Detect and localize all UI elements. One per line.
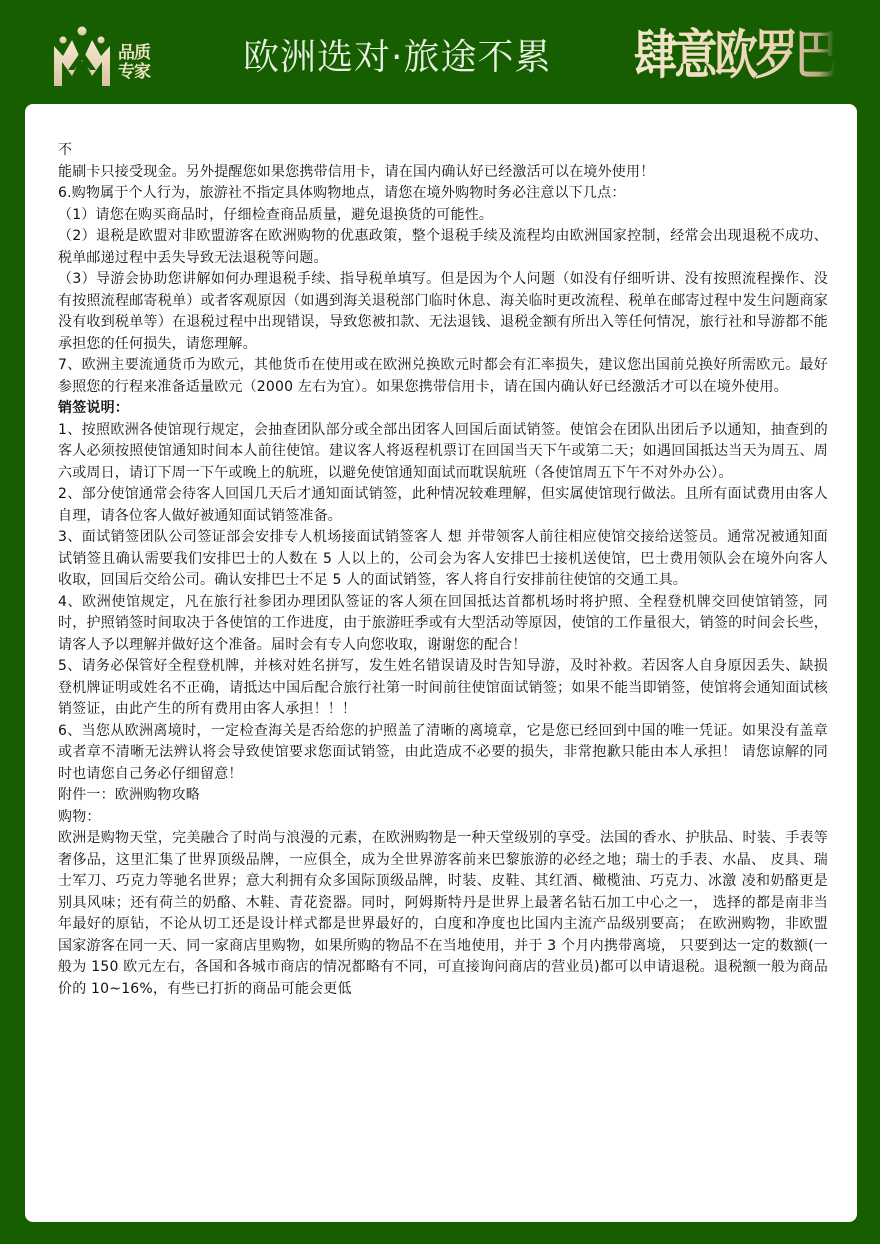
- paragraph: 6.购物属于个人行为，旅游社不指定具体购物地点，请您在境外购物时务必注意以下几点…: [58, 183, 828, 205]
- logo-line-1: 品质: [118, 44, 150, 63]
- paragraph: 7、欧洲主要流通货币为欧元，其他货币在使用或在欧洲兑换欧元时都会有汇率损失，建议…: [58, 355, 828, 398]
- paragraph: （3）导游会协助您讲解如何办理退税手续、指导税单填写。但是因为个人问题（如没有仔…: [58, 269, 828, 355]
- paragraph: 能刷卡只接受现金。另外提醒您如果您携带信用卡，请在国内确认好已经激活可以在境外使…: [58, 162, 828, 184]
- crown-icon: [50, 26, 120, 88]
- brand-title: 肆意欧罗巴: [634, 26, 835, 86]
- logo-line-2: 专家: [118, 63, 150, 82]
- paragraph: 6、当您从欧洲离境时，一定检查海关是否给您的护照盖了清晰的离境章，它是您已经回到…: [58, 721, 828, 786]
- paragraph: 3、面试销签团队公司签证部会安排专人机场接面试销签客人 想 并带领客人前往相应使…: [58, 527, 828, 592]
- page-header: 品质 专家 欧洲选对·旅途不累 肆意欧罗巴: [0, 0, 880, 104]
- brand-logo: 品质 专家: [50, 26, 180, 88]
- paragraph: 不: [58, 140, 828, 162]
- paragraph: （1）请您在购买商品时，仔细检查商品质量，避免退换货的可能性。: [58, 205, 828, 227]
- paragraph: 购物：: [58, 807, 828, 829]
- paragraph: 4、欧洲使馆规定，凡在旅行社参团办理团队签证的客人须在回国抵达首都机场时将护照、…: [58, 592, 828, 657]
- logo-text: 品质 专家: [118, 44, 150, 82]
- slogan: 欧洲选对·旅途不累: [243, 36, 551, 80]
- paragraph: 欧洲是购物天堂，完美融合了时尚与浪漫的元素，在欧洲购物是一种天堂级别的享受。法国…: [58, 828, 828, 1000]
- paragraph: 2、部分使馆通常会待客人回国几天后才通知面试销签，此种情况较难理解，但实属使馆现…: [58, 484, 828, 527]
- document-card: 不能刷卡只接受现金。另外提醒您如果您携带信用卡，请在国内确认好已经激活可以在境外…: [25, 104, 857, 1222]
- paragraph: 5、请务必保管好全程登机牌，并核对姓名拼写，发生姓名错误请及时告知导游，及时补救…: [58, 656, 828, 721]
- section-heading: 销签说明：: [58, 398, 828, 420]
- paragraph: 附件一：欧洲购物攻略: [58, 785, 828, 807]
- paragraph: 1、按照欧洲各使馆现行规定，会抽查团队部分或全部出团客人回国后面试销签。使馆会在…: [58, 420, 828, 485]
- paragraph: （2）退税是欧盟对非欧盟游客在欧洲购物的优惠政策，整个退税手续及流程均由欧洲国家…: [58, 226, 828, 269]
- document-body: 不能刷卡只接受现金。另外提醒您如果您携带信用卡，请在国内确认好已经激活可以在境外…: [58, 140, 828, 1000]
